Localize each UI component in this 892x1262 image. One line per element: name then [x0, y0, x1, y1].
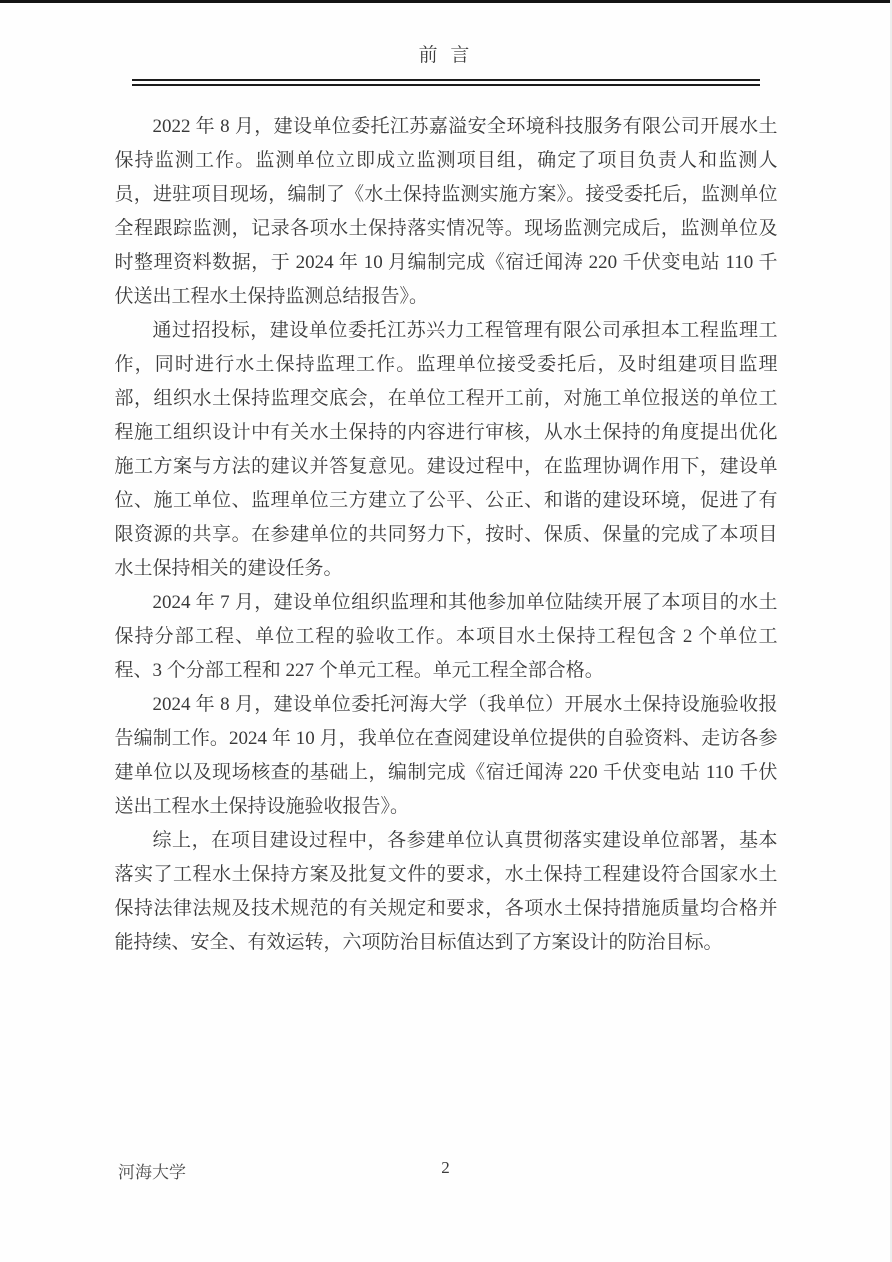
footer-page-number: 2	[114, 1158, 777, 1178]
paragraph-conclusion: 综上，在项目建设过程中，各参建单位认真贯彻落实建设单位部署，基本落实了工程水土保…	[115, 824, 778, 960]
page-footer: 河海大学 2	[114, 1158, 777, 1184]
page-title: 前 言	[0, 44, 892, 68]
paragraph-supervision-commission: 通过招投标，建设单位委托江苏兴力工程管理有限公司承担本工程监理工作，同时进行水土…	[115, 314, 778, 586]
document-body: 2022 年 8 月，建设单位委托江苏嘉溢安全环境科技服务有限公司开展水土保持监…	[115, 110, 778, 960]
document-page: 前 言 2022 年 8 月，建设单位委托江苏嘉溢安全环境科技服务有限公司开展水…	[0, 0, 892, 1262]
scan-top-edge-line	[0, 0, 892, 3]
paragraph-acceptance-work: 2024 年 7 月，建设单位组织监理和其他参加单位陆续开展了本项目的水土保持分…	[115, 586, 778, 688]
paragraph-monitoring-commission: 2022 年 8 月，建设单位委托江苏嘉溢安全环境科技服务有限公司开展水土保持监…	[115, 110, 778, 314]
paragraph-report-compilation: 2024 年 8 月，建设单位委托河海大学（我单位）开展水土保持设施验收报告编制…	[115, 688, 778, 824]
page-header: 前 言	[0, 0, 892, 86]
header-double-rule	[132, 79, 760, 86]
